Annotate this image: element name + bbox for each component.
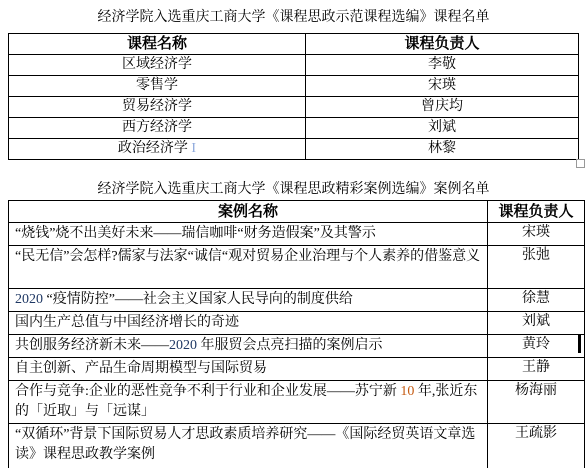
text-segment: “民无信”会怎样?儒家与法家“诚信“观对贸易企业治理与个人素养的借鉴意义 [15, 249, 480, 264]
case-list-table: 案例名称 课程负责人 “烧钱”烧不出美好未来——瑞信咖啡“财务造假案”及其警示 … [8, 200, 585, 468]
text-segment: “双循环”背景下国际贸易人才思政素质培养研究——《国际经贸英语文章选读》课程思政… [15, 427, 475, 462]
case-name-cell[interactable]: 国内生产总值与中国经济增长的奇迹 [9, 312, 488, 335]
table-resize-handle[interactable] [576, 159, 585, 168]
course-leader-cell[interactable]: 宋瑛 [306, 76, 579, 97]
case-row: 国内生产总值与中国经济增长的奇迹 刘斌 [9, 312, 585, 335]
text-segment: 政治经济学 [118, 141, 192, 156]
column-header-course-leader[interactable]: 课程负责人 [488, 201, 585, 223]
case-row: 合作与竞争:企业的恶性竞争不利于行业和企业发展——苏宁新 10 年,张近东的「近… [9, 381, 585, 424]
table-header-row: 案例名称 课程负责人 [9, 201, 585, 223]
table-header-row: 课程名称 课程负责人 [9, 34, 579, 55]
course-name-cell[interactable]: 政治经济学 I [9, 139, 306, 160]
case-row: “双循环”背景下国际贸易人才思政素质培养研究——《国际经贸英语文章选读》课程思政… [9, 424, 585, 468]
case-row: “民无信”会怎样?儒家与法家“诚信“观对贸易企业治理与个人素养的借鉴意义 张弛 [9, 246, 585, 289]
course-name-cell[interactable]: 贸易经济学 [9, 97, 306, 118]
case-leader-cell[interactable]: 宋瑛 [488, 223, 585, 246]
case-name-cell[interactable]: 合作与竞争:企业的恶性竞争不利于行业和企业发展——苏宁新 10 年,张近东的「近… [9, 381, 488, 424]
case-name-cell[interactable]: 共创服务经济新未来——2020 年服贸会点亮扫描的案例启示 [9, 335, 488, 358]
text-segment: 10 [400, 384, 414, 399]
text-segment: 2020 [169, 338, 197, 353]
text-segment: 自主创新、产品生命周期模型与国际贸易 [15, 361, 267, 376]
case-row: 共创服务经济新未来——2020 年服贸会点亮扫描的案例启示 黄玲 [9, 335, 585, 358]
text-segment: 西方经济学 [122, 120, 192, 135]
course-name-cell[interactable]: 西方经济学 [9, 118, 306, 139]
course-leader-cell[interactable]: 曾庆均 [306, 97, 579, 118]
course-name-cell[interactable]: 零售学 [9, 76, 306, 97]
course-leader-cell[interactable]: 林黎 [306, 139, 579, 160]
table1-title[interactable]: 经济学院入选重庆工商大学《课程思政示范课程选编》课程名单 [0, 10, 587, 26]
document-page: 经济学院入选重庆工商大学《课程思政示范课程选编》课程名单 课程名称 课程负责人 … [0, 0, 587, 468]
text-segment: 2020 [15, 292, 43, 307]
text-segment: 区域经济学 [122, 57, 192, 72]
course-row: 贸易经济学 曾庆均 [9, 97, 579, 118]
column-header-case-name[interactable]: 案例名称 [9, 201, 488, 223]
case-name-cell[interactable]: 自主创新、产品生命周期模型与国际贸易 [9, 358, 488, 381]
course-name-cell[interactable]: 区域经济学 [9, 55, 306, 76]
case-leader-cell[interactable]: 张弛 [488, 246, 585, 289]
course-list-table: 课程名称 课程负责人 区域经济学 李敬 零售学 宋瑛 贸易经济学 曾庆均 西方经… [8, 33, 579, 160]
text-segment: 国内生产总值与中国经济增长的奇迹 [15, 315, 239, 330]
table2-title[interactable]: 经济学院入选重庆工商大学《课程思政精彩案例选编》案例名单 [0, 182, 587, 198]
case-leader-cell[interactable]: 杨海丽 [488, 381, 585, 424]
case-row: 自主创新、产品生命周期模型与国际贸易 王静 [9, 358, 585, 381]
case-name-cell[interactable]: “民无信”会怎样?儒家与法家“诚信“观对贸易企业治理与个人素养的借鉴意义 [9, 246, 488, 289]
case-name-cell[interactable]: 2020 “疫情防控”——社会主义国家人民导向的制度供给 [9, 289, 488, 312]
course-leader-cell[interactable]: 李敬 [306, 55, 579, 76]
text-segment: 贸易经济学 [122, 99, 192, 114]
course-row: 区域经济学 李敬 [9, 55, 579, 76]
case-leader-cell[interactable]: 王疏影 [488, 424, 585, 468]
text-cursor [578, 334, 581, 353]
case-leader-cell[interactable]: 刘斌 [488, 312, 585, 335]
column-header-course-name[interactable]: 课程名称 [9, 34, 306, 55]
text-segment: I [191, 141, 196, 156]
column-header-course-leader[interactable]: 课程负责人 [306, 34, 579, 55]
text-segment: “烧钱”烧不出美好未来——瑞信咖啡“财务造假案”及其警示 [15, 226, 376, 241]
text-segment: “疫情防控”——社会主义国家人民导向的制度供给 [43, 292, 353, 307]
case-row: “烧钱”烧不出美好未来——瑞信咖啡“财务造假案”及其警示 宋瑛 [9, 223, 585, 246]
case-name-cell[interactable]: “烧钱”烧不出美好未来——瑞信咖啡“财务造假案”及其警示 [9, 223, 488, 246]
case-name-cell[interactable]: “双循环”背景下国际贸易人才思政素质培养研究——《国际经贸英语文章选读》课程思政… [9, 424, 488, 468]
text-segment: 共创服务经济新未来—— [15, 338, 169, 353]
course-row: 政治经济学 I 林黎 [9, 139, 579, 160]
text-segment: 零售学 [136, 78, 178, 93]
course-leader-cell[interactable]: 刘斌 [306, 118, 579, 139]
case-leader-cell[interactable]: 黄玲 [488, 335, 585, 358]
text-segment: 合作与竞争:企业的恶性竞争不利于行业和企业发展——苏宁新 [15, 384, 400, 399]
case-row: 2020 “疫情防控”——社会主义国家人民导向的制度供给 徐慧 [9, 289, 585, 312]
course-row: 西方经济学 刘斌 [9, 118, 579, 139]
case-leader-cell[interactable]: 徐慧 [488, 289, 585, 312]
course-row: 零售学 宋瑛 [9, 76, 579, 97]
text-segment: 年服贸会点亮扫描的案例启示 [197, 338, 383, 353]
case-leader-cell[interactable]: 王静 [488, 358, 585, 381]
